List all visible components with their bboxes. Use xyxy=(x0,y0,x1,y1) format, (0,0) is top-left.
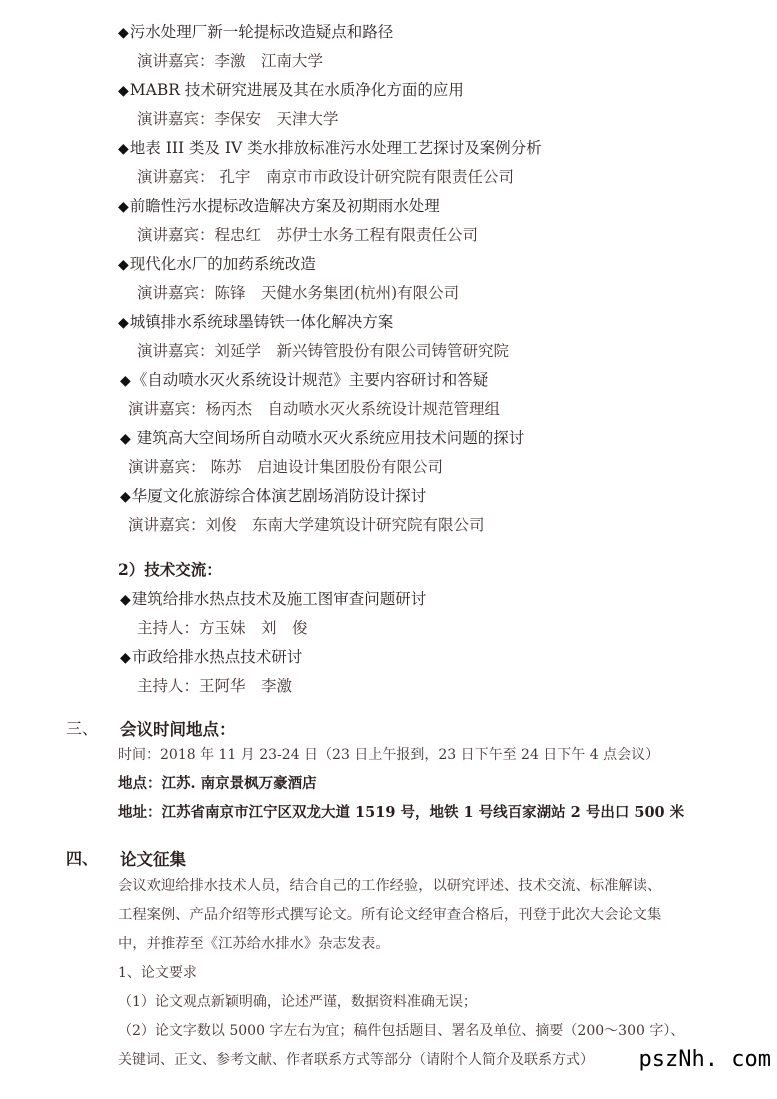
diamond-bullet-icon: ◆ xyxy=(120,373,131,389)
topic-1: ◆污水处理厂新一轮提标改造疑点和路径 xyxy=(118,22,393,43)
exchange-heading: 2）技术交流： xyxy=(118,560,222,580)
exchange-host-2: 主持人：王阿华 李激 xyxy=(137,676,292,696)
diamond-bullet-icon: ◆ xyxy=(120,650,131,666)
diamond-bullet-icon: ◆ xyxy=(120,489,131,505)
speaker-9: 演讲嘉宾：刘俊 东南大学建筑设计研究院有限公司 xyxy=(128,515,485,535)
paper-requirement-2-cont: 关键词、正文、参考文献、作者联系方式等部分（请附个人简介及联系方式） xyxy=(118,1050,594,1070)
paper-requirement-1: （1）论文观点新颖明确，论述严谨，数据资料准确无误； xyxy=(118,992,477,1012)
topic-4: ◆前瞻性污水提标改造解决方案及初期雨水处理 xyxy=(118,196,440,217)
speaker-1: 演讲嘉宾：李激 江南大学 xyxy=(137,51,323,71)
meeting-venue: 地点：江苏. 南京景枫万豪酒店 xyxy=(118,774,317,794)
section-3-number: 三、 xyxy=(66,716,98,739)
topic-9: ◆华厦文化旅游综合体演艺剧场消防设计探讨 xyxy=(120,486,426,507)
diamond-bullet-icon: ◆ xyxy=(118,141,129,157)
diamond-bullet-icon: ◆ xyxy=(118,25,129,41)
speaker-7: 演讲嘉宾：杨丙杰 自动喷水灭火系统设计规范管理组 xyxy=(128,399,500,419)
speaker-3: 演讲嘉宾： 孔宇 南京市市政设计研究院有限责任公司 xyxy=(137,167,514,187)
section-4-number: 四、 xyxy=(66,846,98,869)
topic-2: ◆MABR 技术研究进展及其在水质净化方面的应用 xyxy=(118,80,464,101)
speaker-4: 演讲嘉宾：程忠红 苏伊士水务工程有限责任公司 xyxy=(137,225,478,245)
speaker-2: 演讲嘉宾：李保安 天津大学 xyxy=(137,109,339,129)
topic-6: ◆城镇排水系统球墨铸铁一体化解决方案 xyxy=(118,312,393,333)
exchange-item-2: ◆市政给排水热点技术研讨 xyxy=(120,647,302,668)
topic-3: ◆地表 III 类及 IV 类水排放标准污水处理工艺探讨及案例分析 xyxy=(118,138,542,159)
watermark-text: pszNh. com xyxy=(637,1047,773,1072)
exchange-item-1: ◆建筑给排水热点技术及施工图审查问题研讨 xyxy=(120,589,426,610)
section-4-title: 论文征集 xyxy=(120,846,186,870)
paper-call-paragraph-line-2: 工程案例、产品介绍等形式撰写论文。所有论文经审查合格后，刊登于此次大会论文集 xyxy=(118,905,661,925)
document-page: ◆污水处理厂新一轮提标改造疑点和路径 演讲嘉宾：李激 江南大学 ◆MABR 技术… xyxy=(0,0,777,1099)
topic-8: ◆ 建筑高大空间场所自动喷水灭火系统应用技术问题的探讨 xyxy=(120,428,524,449)
topic-5: ◆现代化水厂的加药系统改造 xyxy=(118,254,316,275)
diamond-bullet-icon: ◆ xyxy=(118,315,129,331)
exchange-host-1: 主持人：方玉妹 刘 俊 xyxy=(137,618,308,638)
meeting-address: 地址：江苏省南京市江宁区双龙大道 1519 号，地铁 1 号线百家湖站 2 号出… xyxy=(118,803,684,823)
paper-call-paragraph-line-1: 会议欢迎给排水技术人员，结合自己的工作经验，以研究评述、技术交流、标准解读、 xyxy=(118,876,661,896)
meeting-time: 时间：2018 年 11 月 23-24 日（23 日上午报到，23 日下午至 … xyxy=(118,745,659,765)
diamond-bullet-icon: ◆ xyxy=(118,257,129,273)
diamond-bullet-icon: ◆ xyxy=(118,199,129,215)
speaker-5: 演讲嘉宾：陈锋 天健水务集团(杭州)有限公司 xyxy=(137,283,459,303)
topic-7: ◆《自动喷水灭火系统设计规范》主要内容研讨和答疑 xyxy=(120,370,488,391)
diamond-bullet-icon: ◆ xyxy=(120,592,131,608)
speaker-8: 演讲嘉宾： 陈苏 启迪设计集团股份有限公司 xyxy=(128,457,443,477)
speaker-6: 演讲嘉宾：刘延学 新兴铸管股份有限公司铸管研究院 xyxy=(137,341,509,361)
paper-requirement-2: （2）论文字数以 5000 字左右为宜；稿件包括题目、署名及单位、摘要（200～… xyxy=(118,1021,684,1041)
section-3-title: 会议时间地点： xyxy=(120,716,236,740)
diamond-bullet-icon: ◆ xyxy=(118,83,129,99)
paper-call-paragraph-line-3: 中，并推荐至《江苏给水排水》杂志发表。 xyxy=(118,934,390,954)
diamond-bullet-icon: ◆ xyxy=(120,431,131,447)
paper-requirements-heading: 1、论文要求 xyxy=(118,963,197,983)
